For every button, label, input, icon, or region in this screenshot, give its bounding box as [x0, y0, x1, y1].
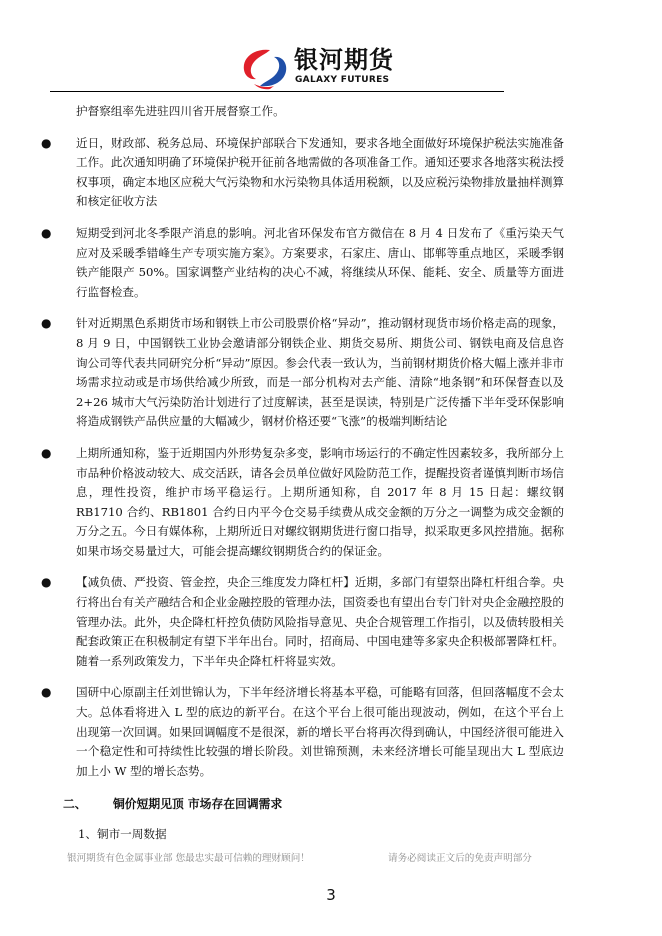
section-heading: 二、 铜价短期见顶 市场存在回调需求: [63, 795, 564, 815]
bullet-item: ● 【减负债、严投资、管金控，央企三维度发力降杠杆】近期，多部门有望祭出降杠杆组…: [44, 573, 564, 671]
bullet-icon: ●: [41, 683, 51, 703]
bullet-icon: ●: [41, 573, 51, 593]
page-header: 银河期货 GALAXY FUTURES: [0, 0, 662, 96]
bullet-text: 【减负债、严投资、管金控，央企三维度发力降杠杆】近期，多部门有望祭出降杠杆组合拳…: [76, 575, 564, 667]
bullet-icon: ●: [41, 444, 51, 464]
galaxy-swoosh-icon: [240, 46, 290, 90]
bullet-text: 近日，财政部、税务总局、环境保护部联合下发通知，要求各地全面做好环境保护税法实施…: [76, 136, 564, 209]
section-title: 铜价短期见顶 市场存在回调需求: [113, 795, 282, 815]
bullet-icon: ●: [41, 314, 51, 334]
bullet-item: ● 针对近期黑色系期货市场和钢铁上市公司股票价格“异动”，推动钢材现货市场价格走…: [44, 314, 564, 432]
galaxy-futures-logo: 银河期货 GALAXY FUTURES: [240, 46, 440, 92]
footer-slogan: 银河期货有色金属事业部 您最忠实最可信赖的理财顾问！: [67, 850, 310, 864]
bullet-icon: ●: [41, 224, 51, 244]
subsection-heading: 1、铜市一周数据: [78, 825, 564, 845]
continuation-paragraph: 护督察组率先进驻四川省开展督察工作。: [44, 102, 564, 122]
bullet-text: 针对近期黑色系期货市场和钢铁上市公司股票价格“异动”，推动钢材现货市场价格走高的…: [76, 316, 564, 428]
bullet-item: ● 短期受到河北冬季限产消息的影响。河北省环保发布官方微信在 8 月 4 日发布…: [44, 224, 564, 302]
logo-english-name: GALAXY FUTURES: [295, 75, 389, 85]
page-number: 3: [0, 886, 662, 904]
bullet-text: 短期受到河北冬季限产消息的影响。河北省环保发布官方微信在 8 月 4 日发布了《…: [76, 226, 564, 299]
bullet-text: 国研中心原副主任刘世锦认为，下半年经济增长将基本平稳，可能略有回落，但回落幅度不…: [76, 685, 564, 777]
footer-disclaimer-note: 请务必阅读正文后的免责声明部分: [388, 850, 532, 864]
logo-chinese-name: 银河期货: [294, 46, 394, 74]
bullet-text: 上期所通知称，鉴于近期国内外形势复杂多变，影响市场运行的不确定性因素较多，我所部…: [76, 446, 564, 558]
bullet-item: ● 上期所通知称，鉴于近期国内外形势复杂多变，影响市场运行的不确定性因素较多，我…: [44, 444, 564, 562]
bullet-icon: ●: [41, 134, 51, 154]
document-body: 护督察组率先进驻四川省开展督察工作。 ● 近日，财政部、税务总局、环境保护部联合…: [44, 102, 564, 845]
header-divider: [50, 91, 504, 92]
bullet-item: ● 国研中心原副主任刘世锦认为，下半年经济增长将基本平稳，可能略有回落，但回落幅…: [44, 683, 564, 781]
bullet-item: ● 近日，财政部、税务总局、环境保护部联合下发通知，要求各地全面做好环境保护税法…: [44, 134, 564, 212]
section-number: 二、: [63, 795, 113, 815]
